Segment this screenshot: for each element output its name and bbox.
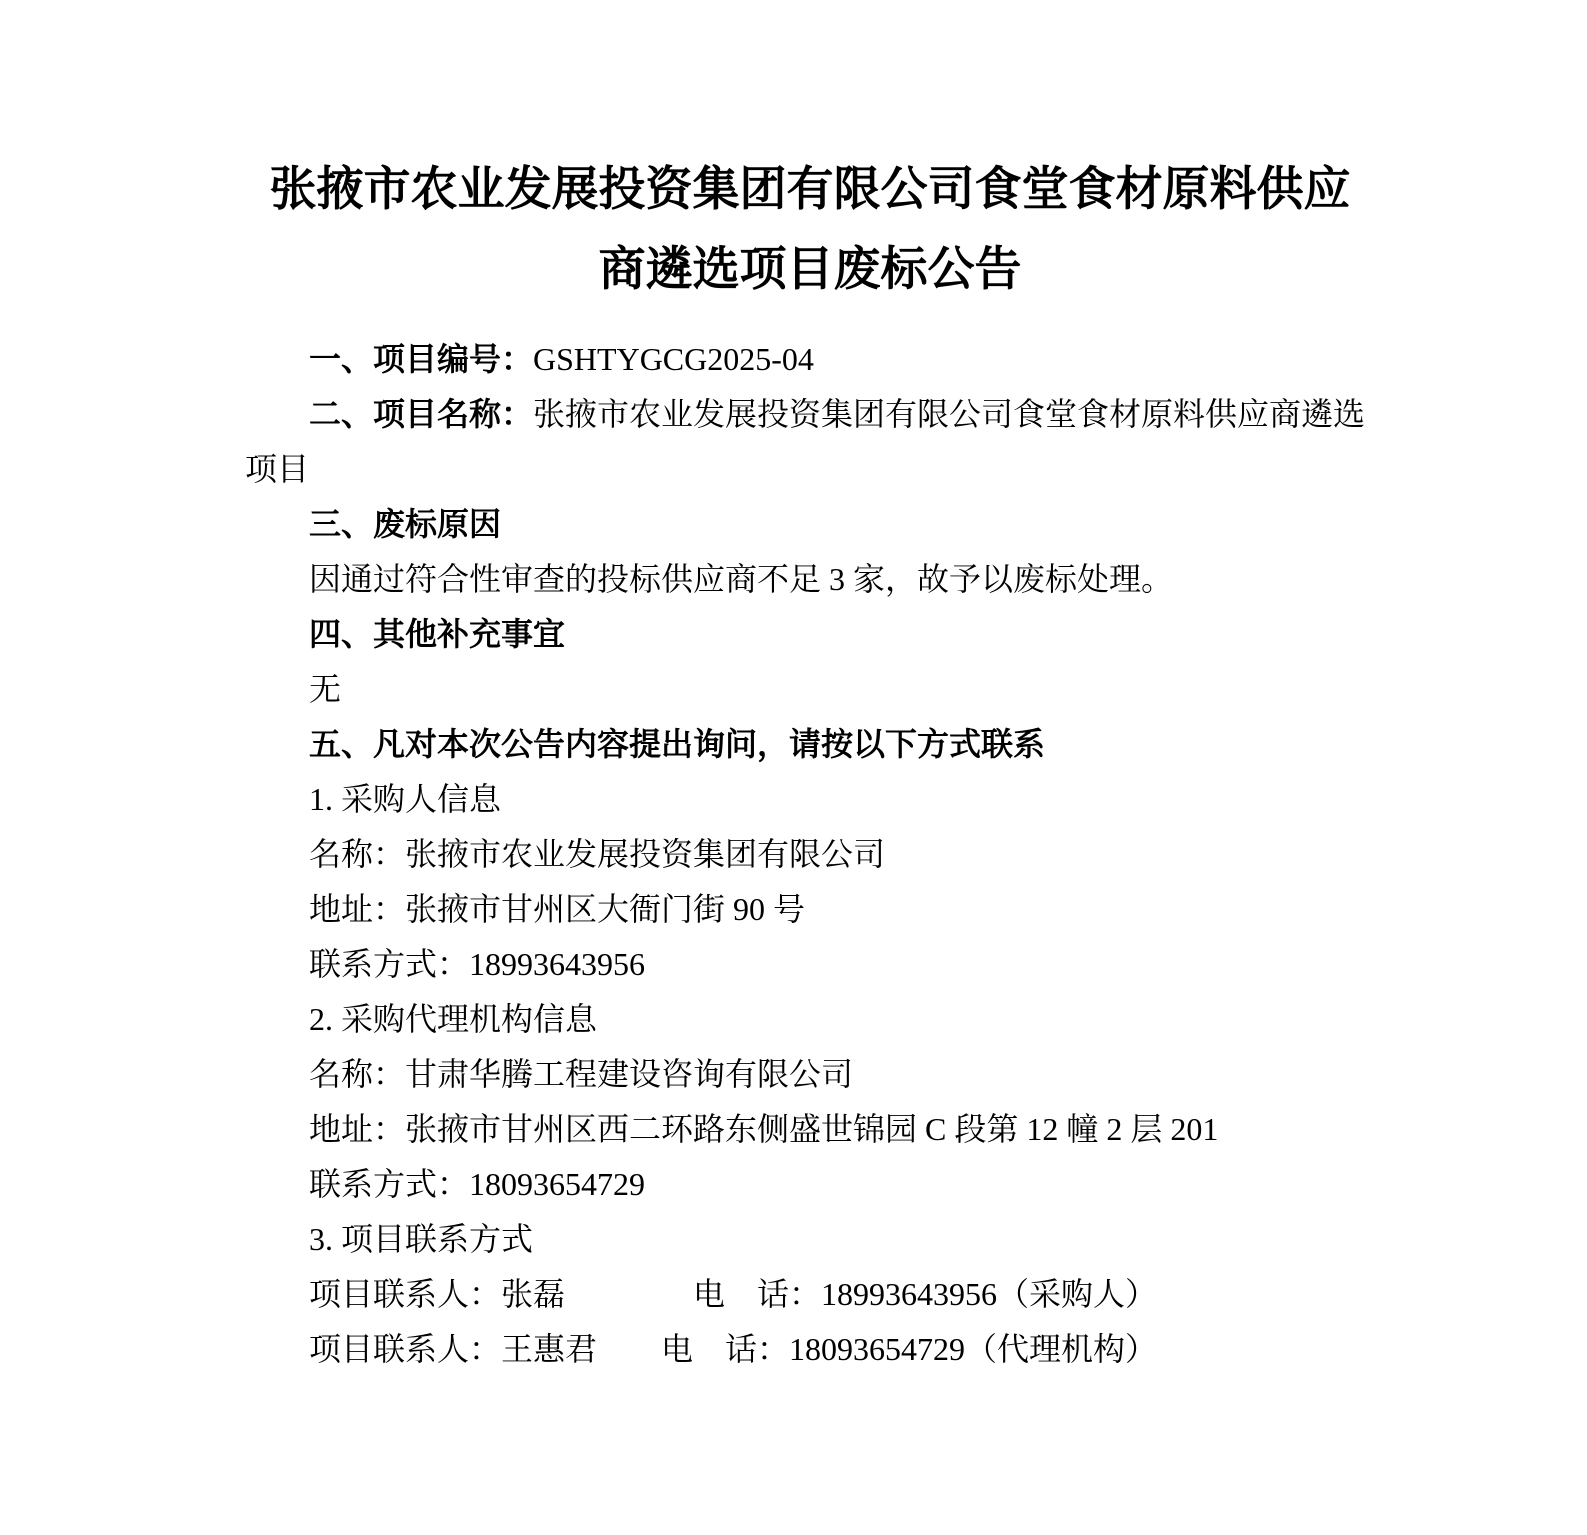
project-name-line: 二、项目名称：张掖市农业发展投资集团有限公司食堂食材原料供应商遴选项目 (245, 387, 1375, 497)
supplement-body: 无 (245, 662, 1375, 717)
title-line-2: 商遴选项目废标公告 (245, 230, 1375, 310)
project-contact-2-phone: 电 话：18093654729（代理机构） (661, 1331, 1157, 1367)
reason-heading: 三、废标原因 (245, 497, 1375, 552)
contact-section-heading: 五、凡对本次公告内容提出询问，请按以下方式联系 (245, 717, 1375, 772)
project-contact-row-1: 项目联系人：张磊电 话：18993643956（采购人） (245, 1267, 1375, 1322)
agency-address: 地址：张掖市甘州区西二环路东侧盛世锦园 C 段第 12 幢 2 层 201 (245, 1102, 1375, 1157)
project-contact-2-person: 项目联系人：王惠君 (309, 1331, 597, 1367)
agency-heading: 2. 采购代理机构信息 (245, 992, 1375, 1047)
agency-name: 名称：甘肃华腾工程建设咨询有限公司 (245, 1047, 1375, 1102)
title-line-1: 张掖市农业发展投资集团有限公司食堂食材原料供应 (245, 150, 1375, 230)
project-contacts-heading: 3. 项目联系方式 (245, 1212, 1375, 1267)
purchaser-name: 名称：张掖市农业发展投资集团有限公司 (245, 827, 1375, 882)
purchaser-phone: 联系方式：18993643956 (245, 937, 1375, 992)
document-title: 张掖市农业发展投资集团有限公司食堂食材原料供应 商遴选项目废标公告 (245, 150, 1375, 310)
supplement-heading: 四、其他补充事宜 (245, 607, 1375, 662)
project-contact-1-phone: 电 话：18993643956（采购人） (693, 1276, 1157, 1312)
project-number-value: GSHTYGCG2025-04 (533, 341, 814, 377)
document-body: 一、项目编号：GSHTYGCG2025-04 二、项目名称：张掖市农业发展投资集… (245, 332, 1375, 1377)
document-page: 张掖市农业发展投资集团有限公司食堂食材原料供应 商遴选项目废标公告 一、项目编号… (0, 0, 1587, 1535)
project-number-label: 一、项目编号： (309, 341, 533, 377)
project-number-line: 一、项目编号：GSHTYGCG2025-04 (245, 332, 1375, 387)
project-contact-1-person: 项目联系人：张磊 (309, 1276, 565, 1312)
agency-phone: 联系方式：18093654729 (245, 1157, 1375, 1212)
purchaser-address: 地址：张掖市甘州区大衙门街 90 号 (245, 882, 1375, 937)
project-contact-row-2: 项目联系人：王惠君电 话：18093654729（代理机构） (245, 1322, 1375, 1377)
purchaser-heading: 1. 采购人信息 (245, 772, 1375, 827)
reason-body: 因通过符合性审查的投标供应商不足 3 家，故予以废标处理。 (245, 552, 1375, 607)
project-name-label: 二、项目名称： (309, 396, 533, 432)
